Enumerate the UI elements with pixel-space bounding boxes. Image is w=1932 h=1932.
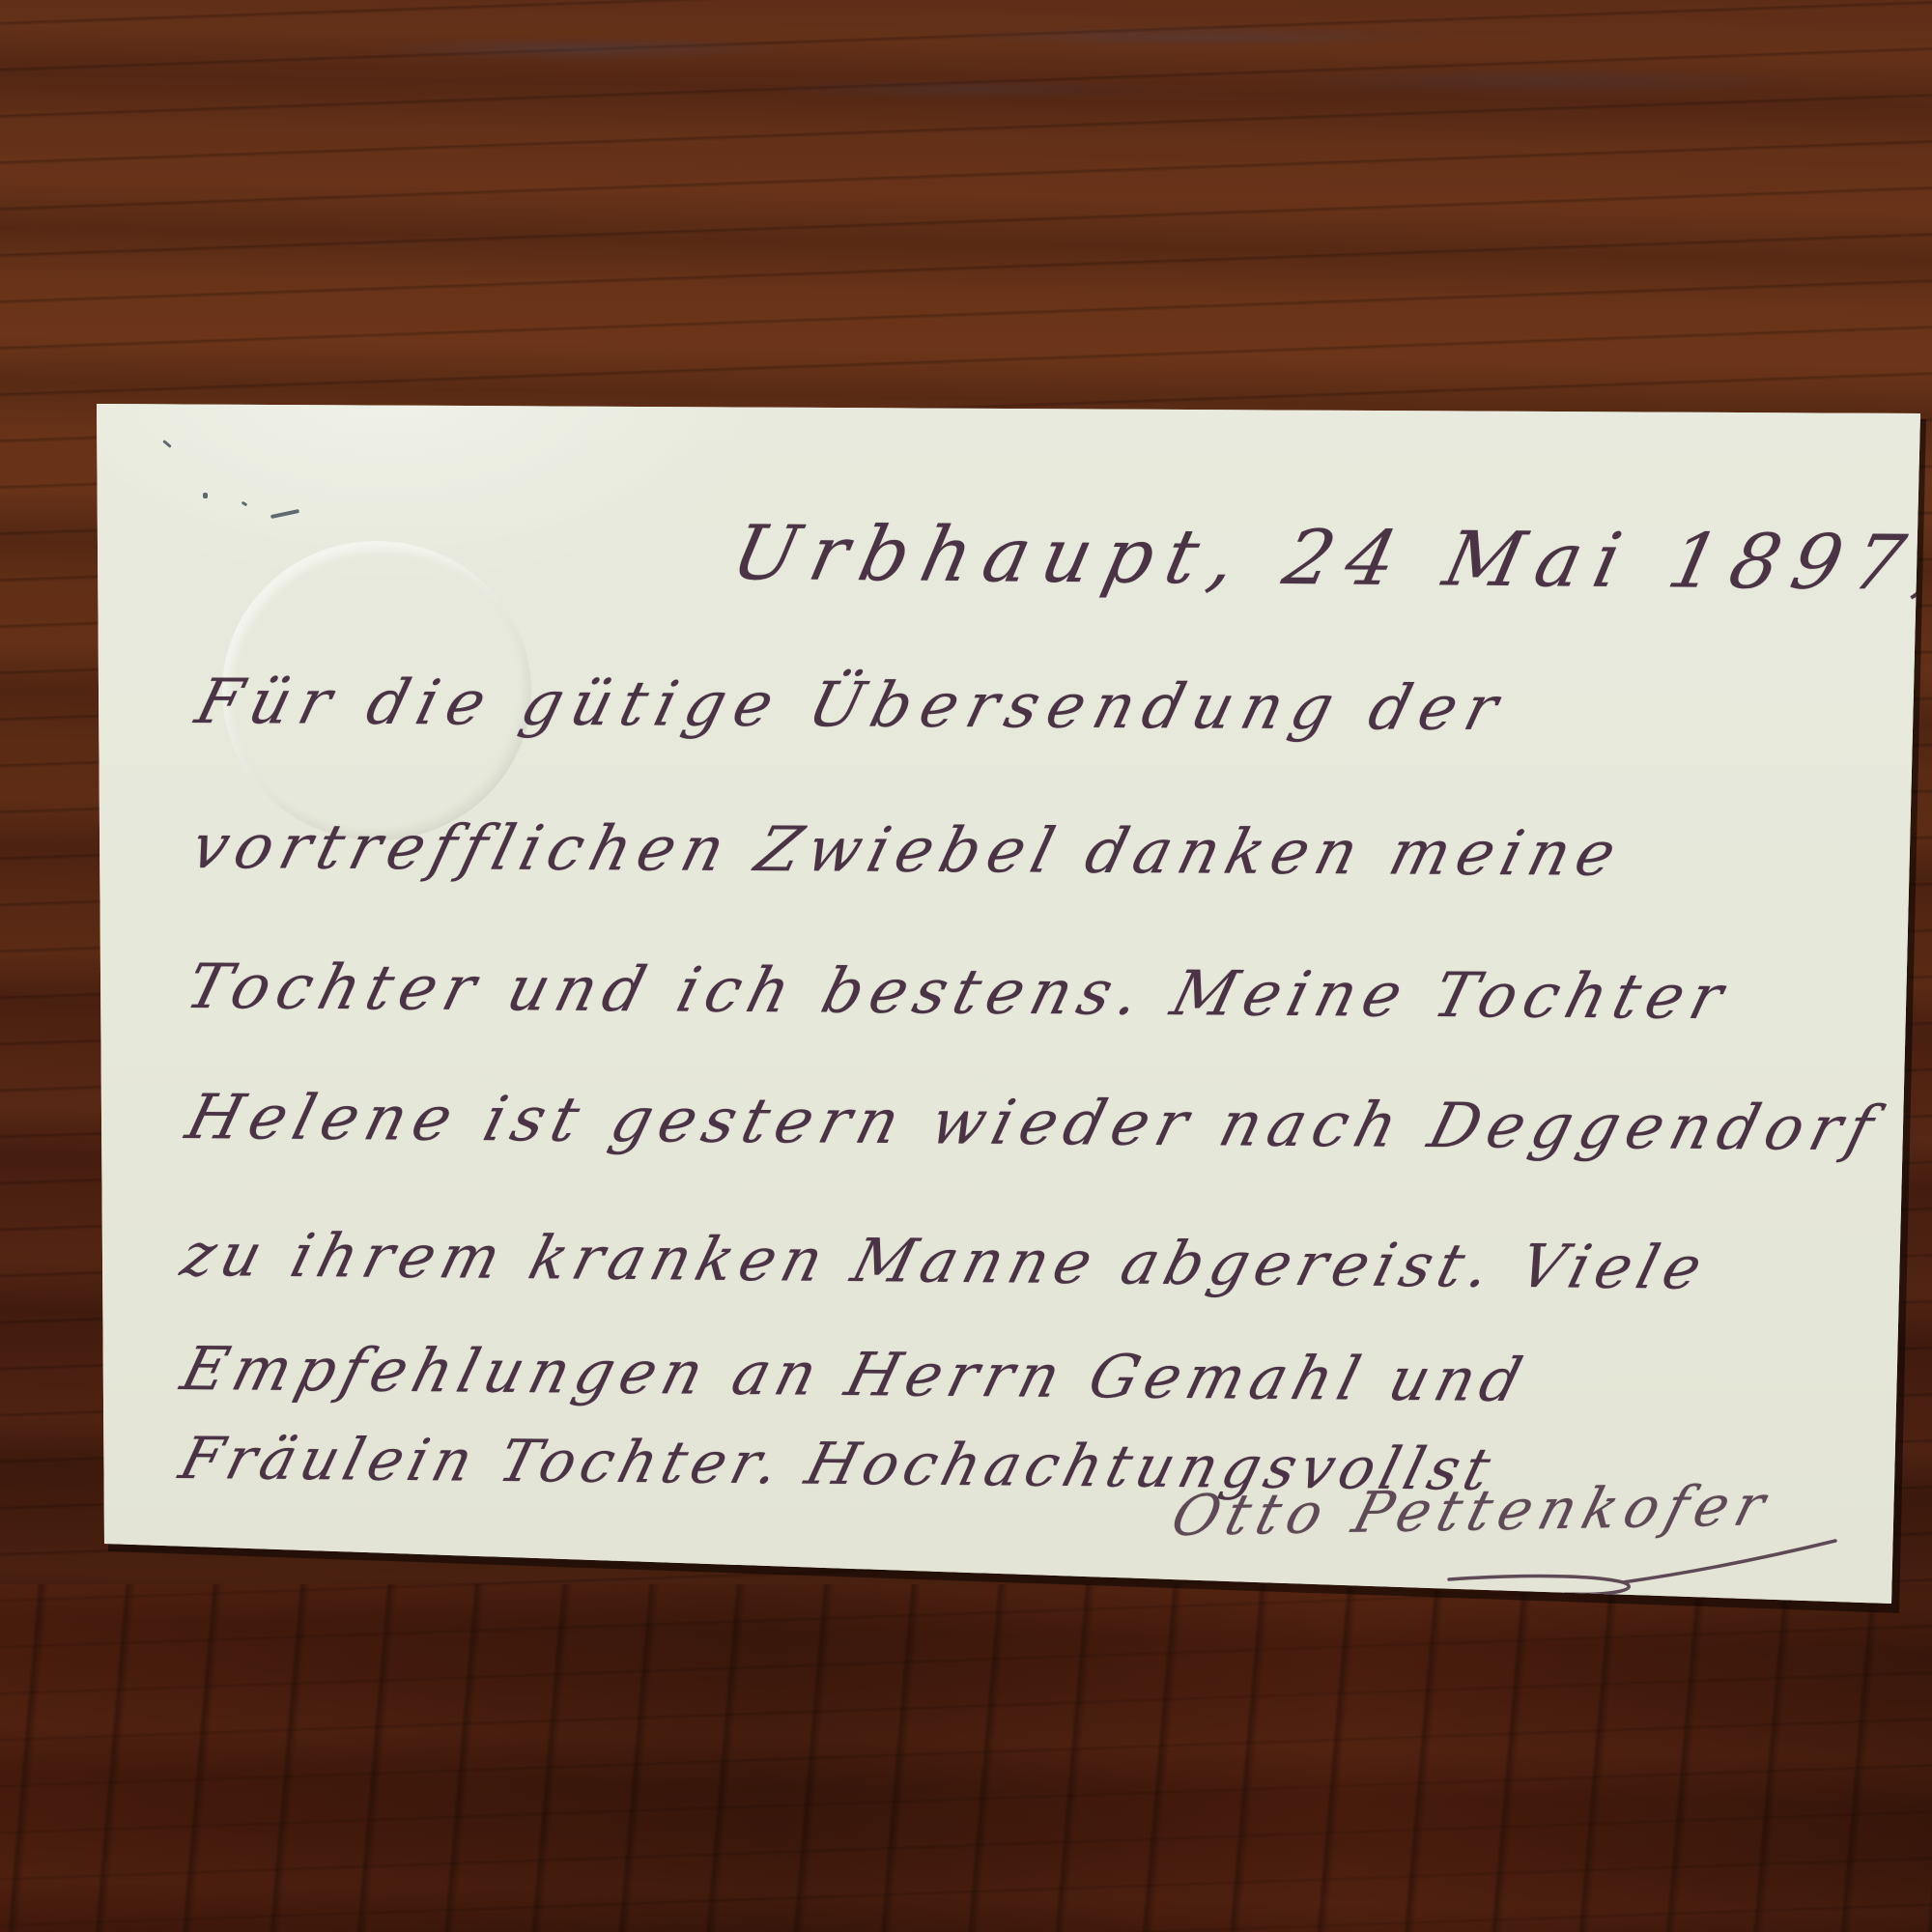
body-line-2: vortrefflichen Zwiebel danken meine	[185, 811, 1631, 891]
body-line-1: Für die gütige Übersendung der	[189, 667, 1515, 745]
body-line-3: Tochter und ich bestens. Meine Tochter	[180, 952, 1738, 1034]
body-line-5: zu ihrem kranken Manne abgereist. Viele	[175, 1219, 1716, 1303]
wood-surface-grain-bottom	[0, 1584, 1932, 1932]
postcard: Urbhaupt, 24 Mai 1897, Für die gütige Üb…	[0, 0, 1932, 1932]
body-line-6: Empfehlungen an Herrn Gemahl und	[175, 1333, 1536, 1415]
body-line-4: Helene ist gestern wieder nach Deggendor…	[180, 1082, 1889, 1165]
ink-specks	[155, 435, 309, 522]
place-and-date: Urbhaupt, 24 Mai 1897,	[724, 510, 1932, 608]
wood-surface-grain-top	[0, 0, 1932, 406]
